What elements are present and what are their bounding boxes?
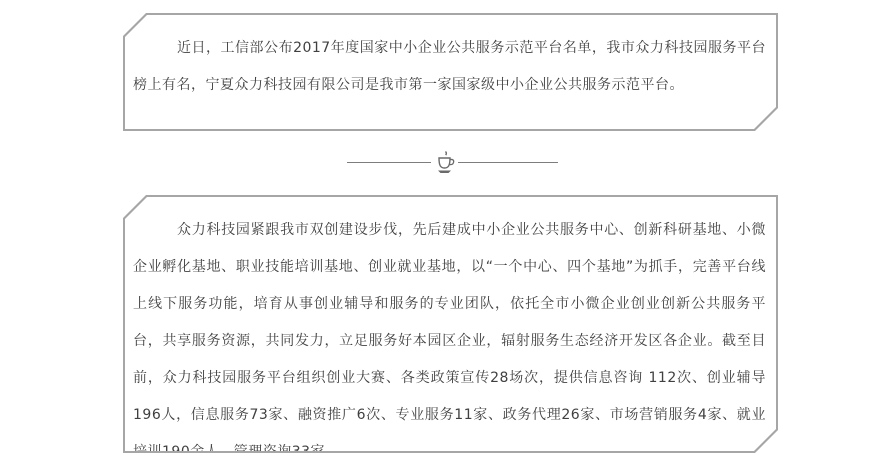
intro-text-box-inner: 近日，工信部公布2017年度国家中小企业公共服务示范平台名单，我市众力科技园服务…: [125, 15, 776, 129]
intro-paragraph: 近日，工信部公布2017年度国家中小企业公共服务示范平台名单，我市众力科技园服务…: [125, 15, 776, 104]
detail-paragraph: 众力科技园紧跟我市双创建设步伐，先后建成中小企业公共服务中心、创新科研基地、小微…: [125, 197, 776, 467]
divider-line-left: [347, 162, 431, 163]
intro-text-box: 近日，工信部公布2017年度国家中小企业公共服务示范平台名单，我市众力科技园服务…: [123, 13, 778, 131]
divider-line-right: [458, 162, 558, 163]
detail-text-box: 众力科技园紧跟我市双创建设步伐，先后建成中小企业公共服务中心、创新科研基地、小微…: [123, 195, 778, 453]
section-divider: [347, 150, 558, 176]
coffee-cup-icon: [435, 150, 457, 176]
detail-text-box-inner: 众力科技园紧跟我市双创建设步伐，先后建成中小企业公共服务中心、创新科研基地、小微…: [125, 197, 776, 451]
